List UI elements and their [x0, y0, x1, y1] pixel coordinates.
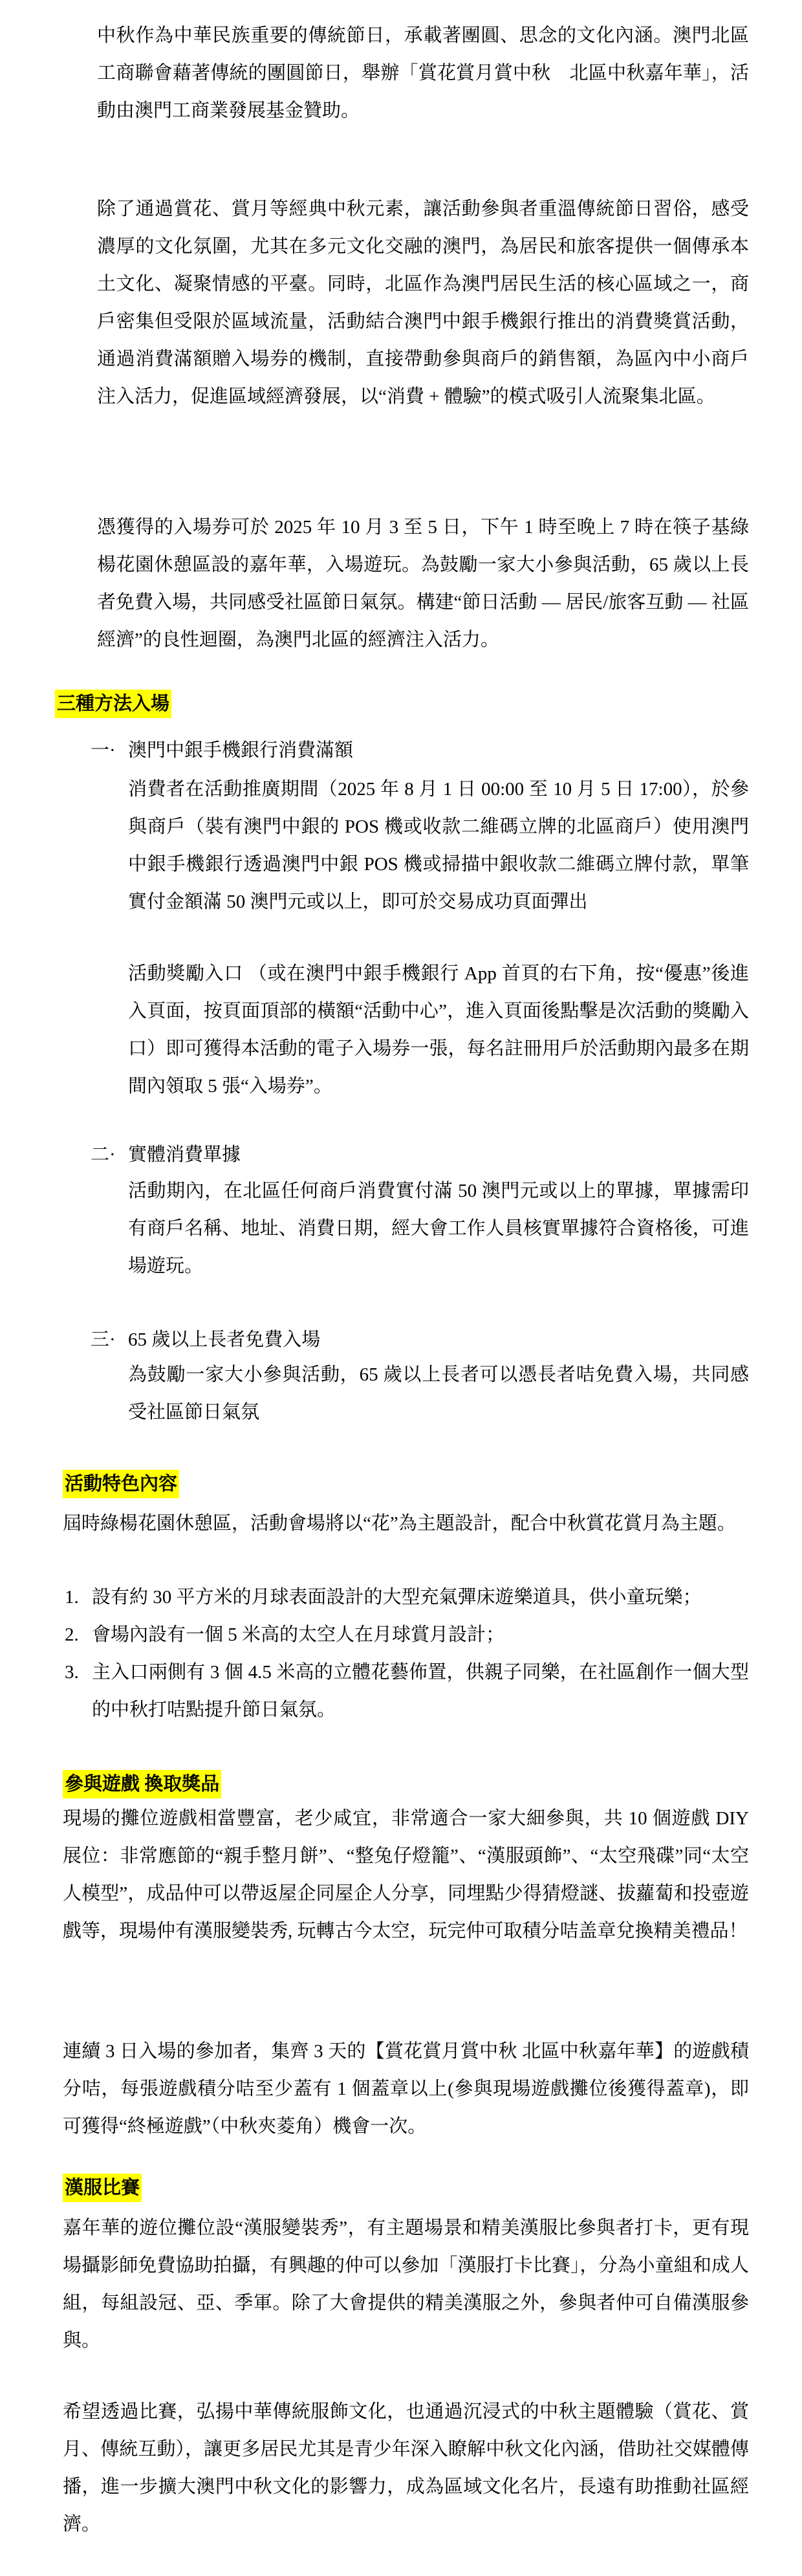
paragraph-games-booths: 現場的攤位遊戲相當豐富，老少咸宜，非常適合一家大細參與，共 10 個遊戲 DIY… [63, 1800, 749, 1950]
features-list-item: 3. 主入口兩側有 3 個 4.5 米高的立體花藝佈置，供親子同樂，在社區創作一… [65, 1654, 749, 1729]
paragraph-hanfu-contest: 嘉年華的遊位攤位設“漢服變裝秀”，有主題場景和精美漢服比參與者打卡，更有現場攝影… [63, 2209, 749, 2359]
paragraph-festival-intro: 中秋作為中華民族重要的傳統節日，承載著團圓、思念的文化內涵。澳門北區工商聯會藉著… [97, 17, 749, 129]
features-item-2-number: 2. [65, 1616, 92, 1654]
entry-method-1-label: 澳門中銀手機銀行消費滿額 [128, 740, 353, 761]
section-heading-entry-methods: 三種方法入場 [55, 690, 171, 718]
entry-method-3-label: 65 歲以上長者免費入場 [128, 1329, 320, 1350]
paragraph-ticket-dates: 憑獲得的入場券可於 2025 年 10 月 3 至 5 日，下午 1 時至晚上 … [97, 508, 749, 659]
entry-method-2-label: 實體消費單據 [128, 1144, 241, 1165]
features-list: 1. 設有約 30 平方米的月球表面設計的大型充氣彈床遊樂道具，供小童玩樂； 2… [65, 1578, 749, 1729]
features-list-item: 1. 設有約 30 平方米的月球表面設計的大型充氣彈床遊樂道具，供小童玩樂； [65, 1578, 749, 1616]
paragraph-hanfu-goal: 希望透過比賽，弘揚中華傳統服飾文化，也通過沉浸式的中秋主題體驗（賞花、賞月、傳統… [63, 2393, 749, 2543]
paragraph-event-purpose: 除了通過賞花、賞月等經典中秋元素，讓活動參與者重溫傳統節日習俗，感受濃厚的文化氛… [97, 190, 749, 415]
features-item-1-number: 1. [65, 1578, 92, 1616]
paragraph-features-intro: 屆時綠楊花園休憩區，活動會場將以“花”為主題設計，配合中秋賞花賞月為主題。 [63, 1505, 749, 1542]
document-page: 中秋作為中華民族重要的傳統節日，承載著團圓、思念的文化內涵。澳門北區工商聯會藉著… [0, 0, 802, 2576]
features-item-2-text: 會場內設有一個 5 米高的太空人在月球賞月設計； [92, 1616, 749, 1654]
entry-method-1-detail-b: 活動獎勵入口 （或在澳門中銀手機銀行 App 首頁的右下角，按“優惠”後進入頁面… [128, 955, 749, 1105]
section-heading-games: 參與遊戲 換取獎品 [63, 1770, 221, 1798]
entry-method-2-title: 二·實體消費單據 [91, 1136, 749, 1173]
features-item-3-number: 3. [65, 1654, 92, 1729]
entry-method-3-detail: 為鼓勵一家大小參與活動，65 歲以上長者可以憑長者咭免費入場，共同感受社區節日氣… [128, 1356, 749, 1431]
section-heading-hanfu: 漢服比賽 [63, 2174, 142, 2202]
entry-method-1-title: 一·澳門中銀手機銀行消費滿額 [91, 732, 749, 769]
section-heading-features: 活動特色內容 [63, 1470, 179, 1498]
features-item-3-text: 主入口兩側有 3 個 4.5 米高的立體花藝佈置，供親子同樂，在社區創作一個大型… [92, 1654, 749, 1729]
entry-method-1-marker: 一· [91, 732, 128, 769]
features-item-1-text: 設有約 30 平方米的月球表面設計的大型充氣彈床遊樂道具，供小童玩樂； [92, 1578, 749, 1616]
entry-method-1-detail-a: 消費者在活動推廣期間（2025 年 8 月 1 日 00:00 至 10 月 5… [128, 770, 749, 921]
entry-method-2-detail: 活動期內，在北區任何商戶消費實付滿 50 澳門元或以上的單據，單據需印有商戶名稱… [128, 1172, 749, 1285]
paragraph-games-stamps: 連續 3 日入場的參加者，集齊 3 天的【賞花賞月賞中秋 北區中秋嘉年華】的遊戲… [63, 2033, 749, 2145]
features-list-item: 2. 會場內設有一個 5 米高的太空人在月球賞月設計； [65, 1616, 749, 1654]
entry-method-3-marker: 三· [91, 1321, 128, 1359]
entry-method-3-title: 三·65 歲以上長者免費入場 [91, 1321, 749, 1359]
entry-method-2-marker: 二· [91, 1136, 128, 1173]
